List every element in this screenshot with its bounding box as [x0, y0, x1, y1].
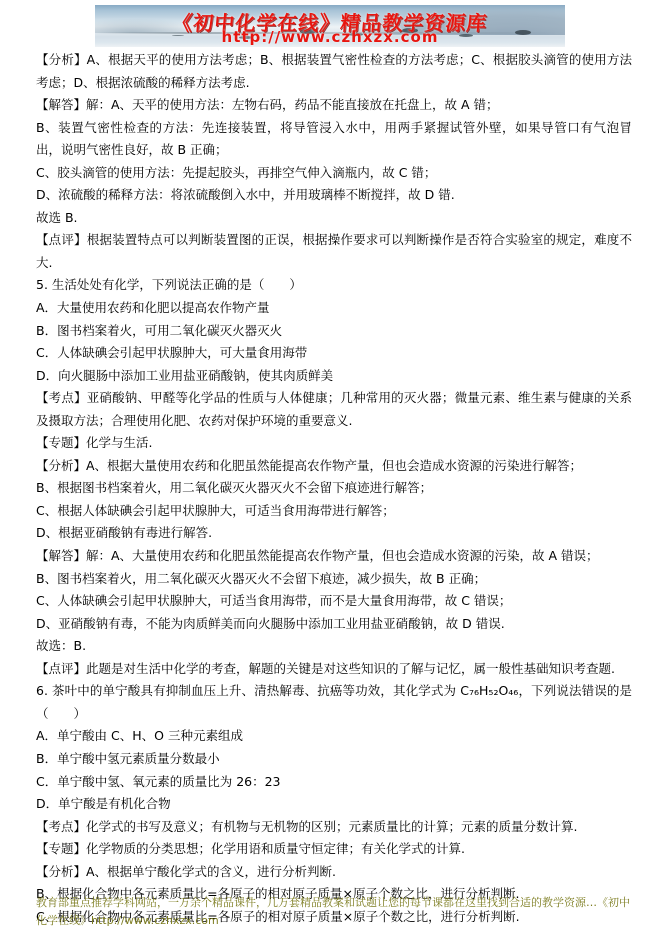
question-5-option-b: B．图书档案着火，可用二氧化碳灭火器灭火 [36, 320, 632, 343]
document-body: 【分析】A、根据天平的使用方法考虑；B、根据装置气密性检查的方法考虑；C、根据胶… [36, 49, 632, 928]
answer-paragraph: 【解答】解：A、大量使用农药和化肥虽然能提高农作物产量，但也会造成水资源的污染，… [36, 545, 632, 568]
site-banner: 《初中化学在线》精品教学资源库 http://www.czhxzx.com [95, 5, 565, 47]
question-5-option-c: C．人体缺碘会引起甲状腺肿大，可大量食用海带 [36, 342, 632, 365]
keypoints-paragraph: 【考点】亚硝酸钠、甲醛等化学品的性质与人体健康；几种常用的灭火器；微量元素、维生… [36, 387, 632, 432]
answer-paragraph: C、人体缺碘会引起甲状腺肿大，可适当食用海带，而不是大量食用海带，故 C 错误； [36, 590, 632, 613]
analysis-paragraph: B、根据图书档案着火，用二氧化碳灭火器灭火不会留下痕迹进行解答； [36, 477, 632, 500]
question-6-option-a: A．单宁酸由 C、H、O 三种元素组成 [36, 725, 632, 748]
keypoints-paragraph: 【考点】化学式的书写及意义；有机物与无机物的区别；元素质量比的计算；元素的质量分… [36, 816, 632, 839]
footer-promo-text: 教育部重点推荐学科网站，一万余个精品课件，几万套精品教案和试题让您的每节课都在这… [36, 894, 636, 929]
topic-paragraph: 【专题】化学与生活. [36, 432, 632, 455]
question-5-option-d: D．向火腿肠中添加工业用盐亚硝酸钠，使其肉质鲜美 [36, 365, 632, 388]
answer-choice-line: 故选：B. [36, 635, 632, 658]
question-6-option-b: B．单宁酸中氢元素质量分数最小 [36, 748, 632, 771]
answer-choice-line: 故选 B. [36, 207, 632, 230]
analysis-paragraph: 【分析】A、根据天平的使用方法考虑；B、根据装置气密性检查的方法考虑；C、根据胶… [36, 49, 632, 94]
question-6-option-c: C．单宁酸中氢、氧元素的质量比为 26：23 [36, 771, 632, 794]
answer-paragraph: 【解答】解：A、天平的使用方法：左物右码，药品不能直接放在托盘上，故 A 错； [36, 94, 632, 117]
comment-paragraph: 【点评】根据装置特点可以判断装置图的正误，根据操作要求可以判断操作是否符合实验室… [36, 229, 632, 274]
question-5-option-a: A．大量使用农药和化肥以提高农作物产量 [36, 297, 632, 320]
analysis-paragraph: 【分析】A、根据单宁酸化学式的含义，进行分析判断. [36, 861, 632, 884]
answer-paragraph: D、浓硫酸的稀释方法：将浓硫酸倒入水中，并用玻璃棒不断搅拌，故 D 错. [36, 184, 632, 207]
answer-paragraph: B、装置气密性检查的方法：先连接装置，将导管浸入水中，用两手紧握试管外壁，如果导… [36, 117, 632, 162]
question-6-option-d: D．单宁酸是有机化合物 [36, 793, 632, 816]
topic-paragraph: 【专题】化学物质的分类思想；化学用语和质量守恒定律；有关化学式的计算. [36, 838, 632, 861]
answer-paragraph: D、亚硝酸钠有毒，不能为肉质鲜美而向火腿肠中添加工业用盐亚硝酸钠，故 D 错误. [36, 613, 632, 636]
comment-paragraph: 【点评】此题是对生活中化学的考查，解题的关键是对这些知识的了解与记忆，属一般性基… [36, 658, 632, 681]
answer-paragraph: C、胶头滴管的使用方法：先提起胶头，再排空气伸入滴瓶内，故 C 错； [36, 162, 632, 185]
analysis-paragraph: 【分析】A、根据大量使用农药和化肥虽然能提高农作物产量，但也会造成水资源的污染进… [36, 455, 632, 478]
analysis-paragraph: D、根据亚硝酸钠有毒进行解答. [36, 522, 632, 545]
answer-paragraph: B、图书档案着火，用二氧化碳灭火器灭火不会留下痕迹，减少损失，故 B 正确； [36, 568, 632, 591]
analysis-paragraph: C、根据人体缺碘会引起甲状腺肿大，可适当食用海带进行解答； [36, 500, 632, 523]
question-5-stem: 5. 生活处处有化学，下列说法正确的是（ ） [36, 274, 632, 297]
banner-site-url: http://www.czhxzx.com [95, 28, 565, 46]
question-6-stem: 6. 茶叶中的单宁酸具有抑制血压上升、清热解毒、抗癌等功效，其化学式为 C₇₆H… [36, 680, 632, 725]
document-page: 《初中化学在线》精品教学资源库 http://www.czhxzx.com 【分… [0, 0, 662, 935]
